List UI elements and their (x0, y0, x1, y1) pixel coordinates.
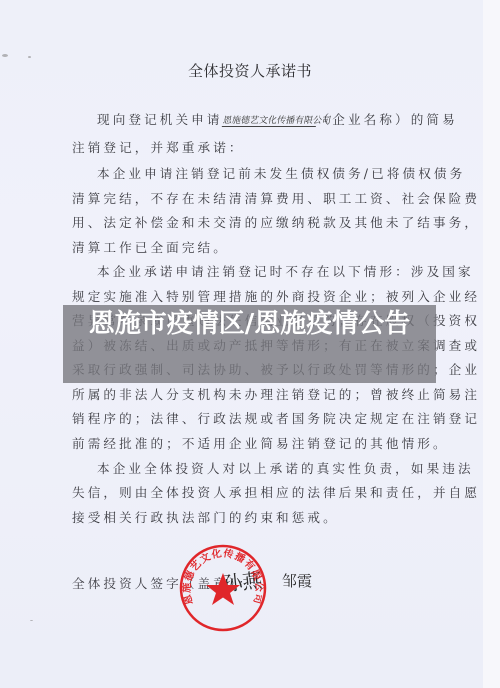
body-line: 注销登记，并郑重承诺： (72, 137, 412, 156)
scan-speck (30, 620, 33, 621)
line-text: （企业名称）的简易 (317, 112, 458, 127)
body-line: 规定实施准入特别管理措施的外商投资企业；被列入企业经 (72, 286, 412, 305)
handwritten-company-name: 恩施德艺文化传播有限公司 (221, 113, 317, 127)
page-edge (483, 0, 500, 688)
body-line: 本企业全体投资人对以上承诺的真实性负责，如果违法 (97, 458, 437, 477)
body-line: 用、法定补偿金和未交清的应缴纳税款及其他未了结事务， (72, 212, 412, 231)
handwritten-signature: 邹霞 (282, 570, 312, 591)
headline-overlay-text: 恩施市疫情区/恩施疫情公告 (63, 307, 436, 341)
scan-speck (28, 56, 31, 58)
body-line: 销程序的；法律、行政法规或者国务院决定规定在注销登记 (72, 408, 412, 427)
body-line: 本企业申请注销登记前未发生债权债务/已将债权债务 (97, 163, 437, 182)
body-line: 失信，则由全体投资人承担相应的法律后果和责任，并自愿 (72, 482, 412, 501)
document-title: 全体投资人承诺书 (0, 60, 500, 81)
body-line: 现向登记机关申请恩施德艺文化传播有限公司（企业名称）的简易 (97, 109, 437, 128)
body-line: 所属的非法人分支机构未办理注销登记的；曾被终止简易注 (72, 384, 412, 403)
body-line: 清算工作已全面完结。 (72, 237, 412, 256)
body-line: 清算完结，不存在未结清清算费用、职工工资、社会保险费 (72, 188, 412, 207)
body-line: 前需经批准的；不适用企业简易注销登记的其他情形。 (72, 433, 412, 452)
body-line: 本企业承诺申请注销登记时不存在以下情形：涉及国家 (97, 261, 437, 280)
star-icon (206, 573, 240, 605)
scan-speck (2, 54, 8, 57)
company-seal-stamp: 恩施德艺文化传播有限公司 (178, 543, 268, 633)
line-text: 现向登记机关申请 (97, 112, 223, 127)
body-line: 接受相关行政执法部门的约束和惩戒。 (72, 507, 412, 526)
